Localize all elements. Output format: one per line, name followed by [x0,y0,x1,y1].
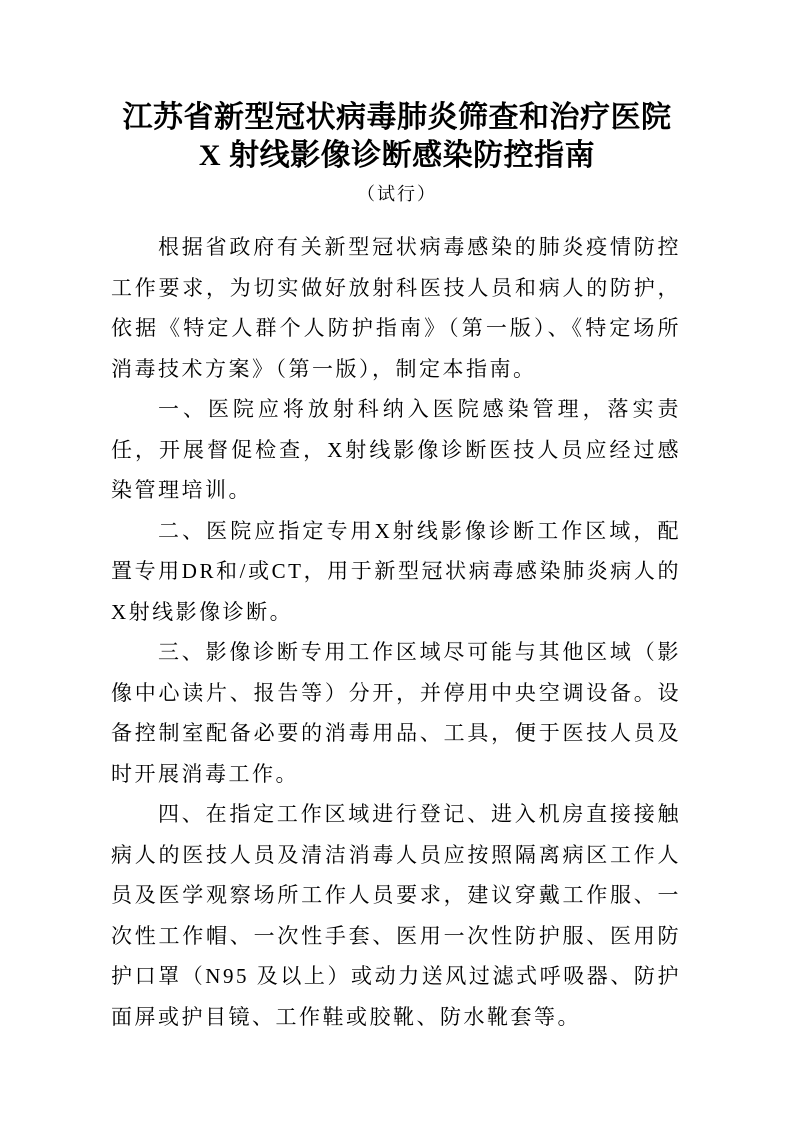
document-title: 江苏省新型冠状病毒肺炎筛查和治疗医院 X 射线影像诊断感染防控指南 [0,99,794,175]
document-subtitle: （试行） [0,181,794,207]
paragraph-intro: 根据省政府有关新型冠状病毒感染的肺炎疫情防控工作要求，为切实做好放射科医技人员和… [111,227,681,389]
document-page: 江苏省新型冠状病毒肺炎筛查和治疗医院 X 射线影像诊断感染防控指南 （试行） 根… [0,0,794,1123]
paragraph-item-1: 一、医院应将放射科纳入医院感染管理，落实责任，开展督促检查，X射线影像诊断医技人… [111,389,681,511]
paragraph-item-4: 四、在指定工作区域进行登记、进入机房直接接触病人的医技人员及清洁消毒人员应按照隔… [111,794,681,1037]
paragraph-item-3: 三、影像诊断专用工作区域尽可能与其他区域（影像中心读片、报告等）分开，并停用中央… [111,632,681,794]
paragraph-item-2: 二、医院应指定专用X射线影像诊断工作区域，配置专用DR和/或CT，用于新型冠状病… [111,511,681,633]
document-body: 根据省政府有关新型冠状病毒感染的肺炎疫情防控工作要求，为切实做好放射科医技人员和… [111,227,681,1037]
document-title-line-2: X 射线影像诊断感染防控指南 [0,137,794,175]
document-title-line-1: 江苏省新型冠状病毒肺炎筛查和治疗医院 [0,99,794,137]
